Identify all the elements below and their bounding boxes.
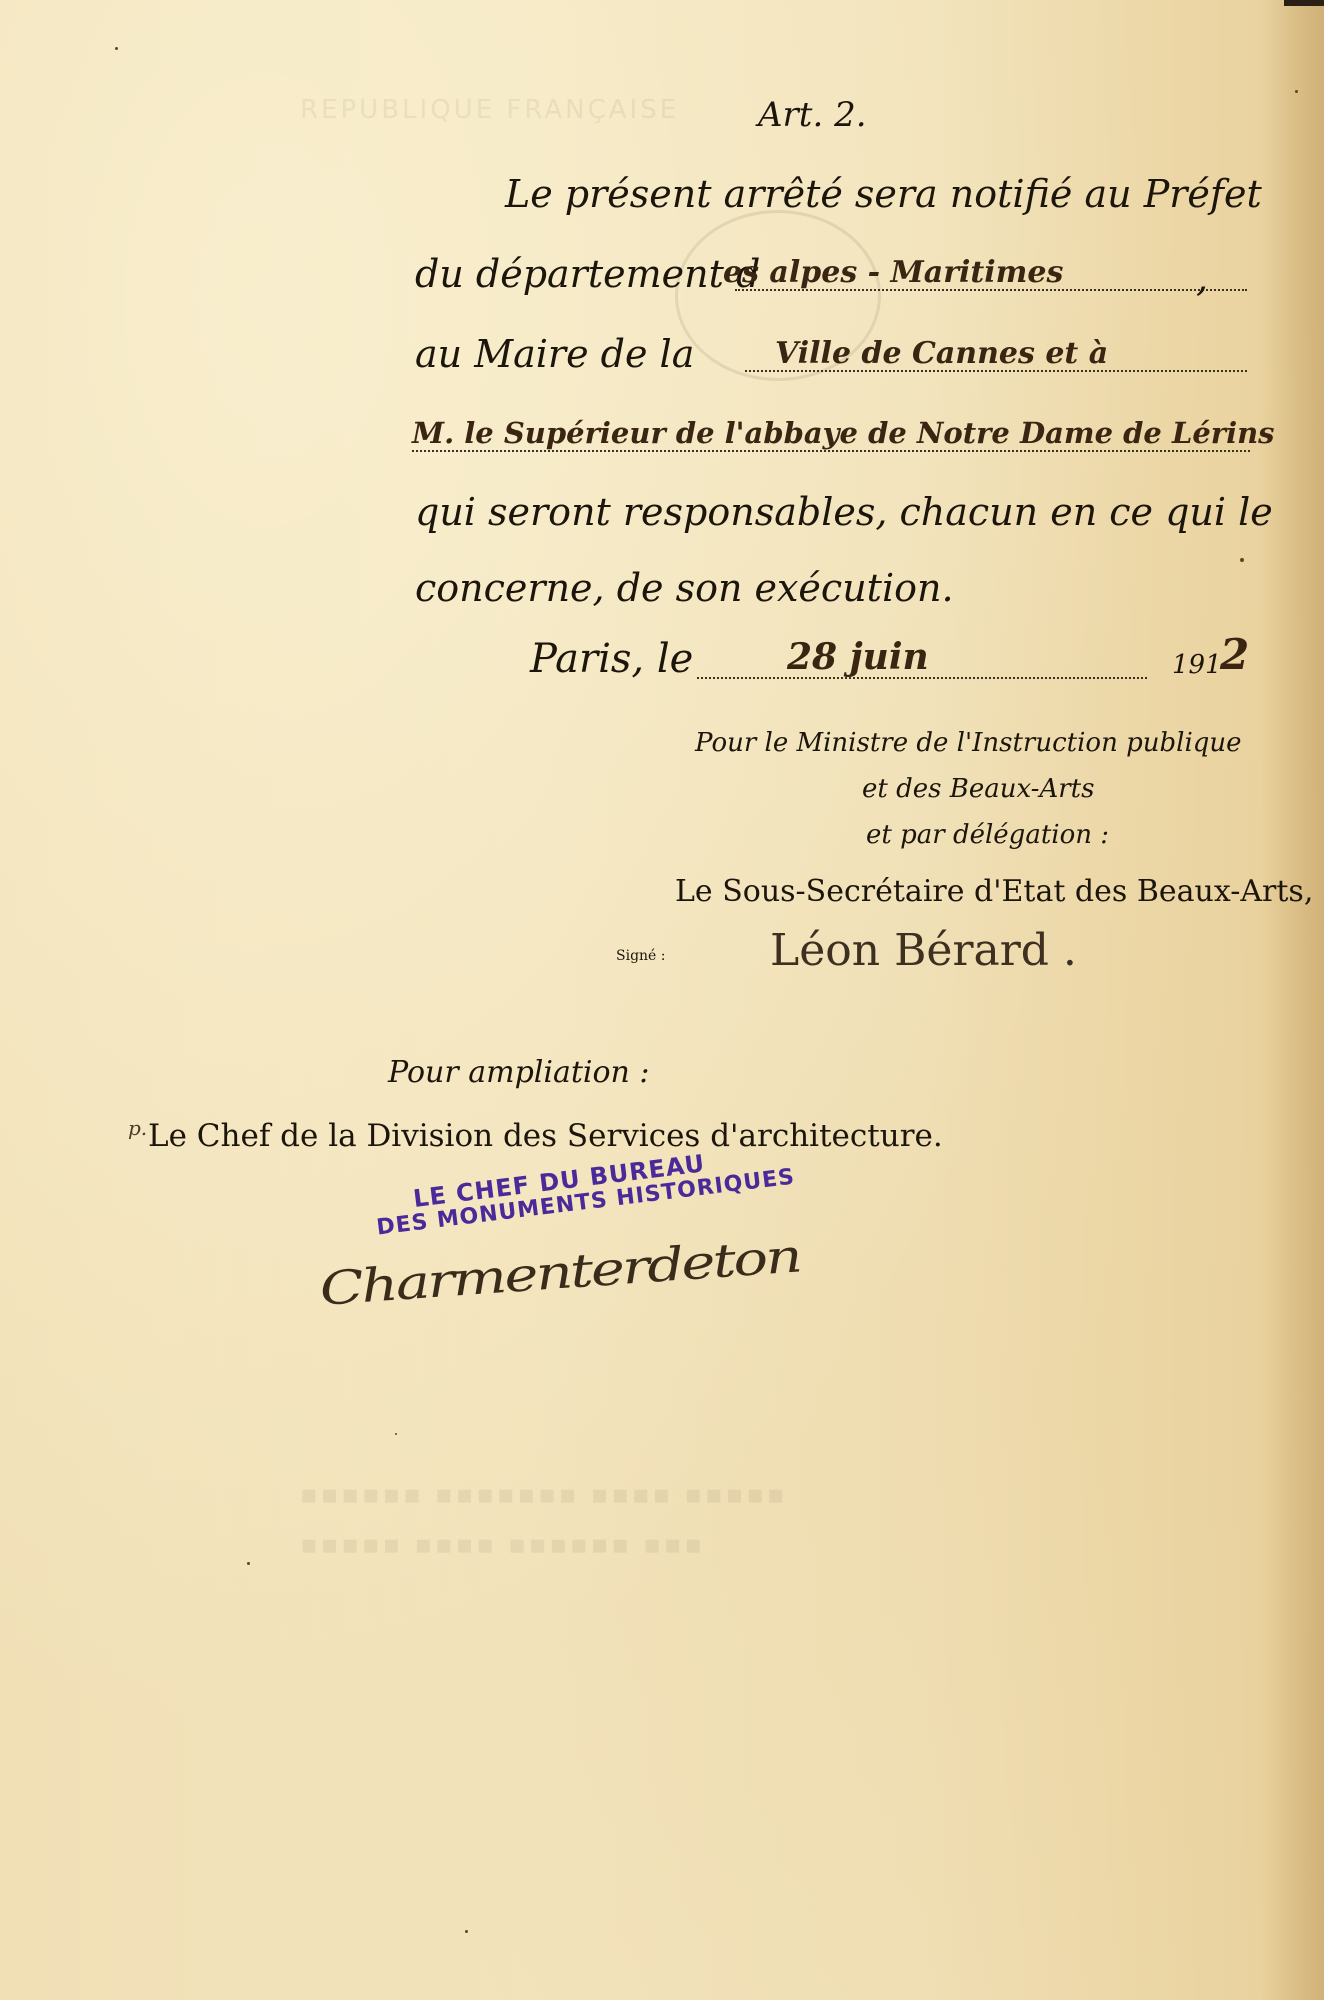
scan-edge (1284, 0, 1324, 6)
paper-speck (247, 1562, 250, 1565)
delegation-line-3: et par délégation : (866, 820, 1109, 850)
paper-speck (115, 47, 118, 50)
handwritten-signature: Charmenterdeton (318, 1228, 802, 1315)
body-line-5: qui seront responsables, chacun en ce qu… (415, 490, 1273, 534)
show-through-text: REPUBLIQUE FRANÇAISE (300, 95, 679, 125)
body-line-4-handwritten: M. le Supérieur de l'abbaye de Notre Dam… (412, 416, 1275, 450)
signed-label: Signé : (616, 948, 666, 964)
body-line-3-printed: au Maire de la (415, 332, 694, 376)
ampliation-heading: Pour ampliation : (388, 1055, 650, 1090)
show-through-text: ▪▪▪▪▪▪ ▪▪▪▪▪▪▪ ▪▪▪▪ ▪▪▪▪▪ (300, 1480, 787, 1510)
year-handwritten: 2 (1220, 630, 1249, 679)
body-line-2-handwritten: es alpes - Maritimes (723, 255, 1063, 290)
paper-edge-shadow (1264, 0, 1324, 2000)
delegation-line-2: et des Beaux-Arts (862, 774, 1094, 804)
body-line-2-printed: du département d (415, 252, 760, 296)
division-chief-title: Le Chef de la Division des Services d'ar… (148, 1118, 943, 1154)
year-printed: 191 (1172, 650, 1222, 680)
body-line-6: concerne, de son exécution. (415, 566, 954, 610)
fill-in-dotted-line (735, 289, 1247, 291)
date-handwritten: 28 juin (787, 636, 929, 678)
signed-name: Léon Bérard . (770, 925, 1077, 976)
paper-speck (1295, 90, 1298, 93)
paper-speck (465, 1930, 468, 1933)
sub-secretary-title: Le Sous-Secrétaire d'Etat des Beaux-Arts… (675, 874, 1313, 909)
body-line-2-comma: , (1196, 256, 1208, 300)
delegation-line-1: Pour le Ministre de l'Instruction publiq… (695, 728, 1242, 758)
paper-speck (1240, 558, 1244, 562)
fill-in-dotted-line (412, 450, 1250, 452)
per-procuration-mark: p. (128, 1116, 147, 1140)
date-prefix: Paris, le (530, 636, 693, 682)
body-line-3-handwritten: Ville de Cannes et à (775, 336, 1108, 371)
fill-in-dotted-line (745, 370, 1247, 372)
article-heading: Art. 2. (758, 95, 867, 135)
body-line-1: Le présent arrêté sera notifié au Préfet (505, 172, 1262, 216)
paper-speck (395, 1433, 397, 1435)
show-through-text: ▪▪▪▪▪ ▪▪▪▪ ▪▪▪▪▪▪ ▪▪▪ (300, 1530, 705, 1560)
